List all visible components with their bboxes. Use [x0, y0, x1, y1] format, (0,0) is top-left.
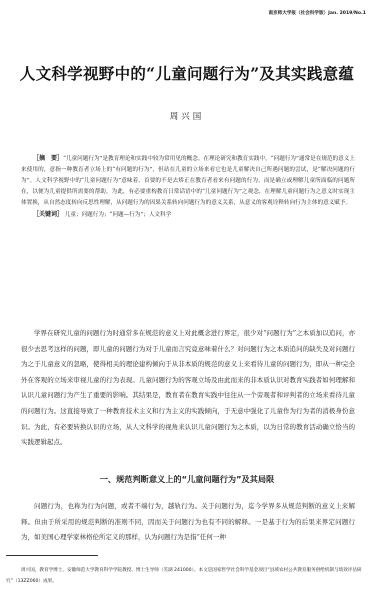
running-head: 南京师大学报（社会科学版）Jan. 2019/No.1 — [268, 10, 366, 16]
intro-section: 学界在研究儿童的问题行为时通常多在规范的意义上对此概念进行界定，很少对“问题行为… — [21, 326, 355, 451]
section-1-body: 问题行为，也称为行为问题，或者不端行为，越轨行为。关于问题行为，迄今学界多从规范… — [21, 499, 355, 546]
abstract-paragraph: ［摘 要］“儿童问题行为”是教育理论和实践中较为常用见的概念。在理论研究和教育实… — [21, 153, 355, 209]
footnote-divider — [6, 555, 98, 556]
article-title: 人文科学视野中的“儿童问题行为”及其实践意蕴 — [0, 62, 374, 84]
footnote: 周兴国，教育学博士，安徽师范大学教育科学学院教授、博士生导师（芜湖 241000… — [6, 566, 368, 587]
section-1-paragraph: 问题行为，也称为行为问题，或者不端行为，越轨行为。关于问题行为，迄今学界多从规范… — [21, 499, 355, 546]
author-name: 周兴国 — [0, 110, 374, 122]
abstract-block: ［摘 要］“儿童问题行为”是教育理论和实践中较为常用见的概念。在理论研究和教育实… — [21, 153, 355, 221]
abstract-label: ［摘 要］ — [33, 155, 63, 162]
keywords-text: 儿童；问题行为；“问题—行为”；人文科学 — [65, 212, 171, 218]
intro-paragraph: 学界在研究儿童的问题行为时通常多在规范的意义上对此概念进行界定，很少对“问题行为… — [21, 326, 355, 451]
section-heading: 一、规范判断意义上的“儿童问题行为”及其局限 — [0, 474, 374, 485]
footnote-text: 周兴国，教育学博士，安徽师范大学教育科学学院教授、博士生导师（芜湖 241000… — [6, 566, 368, 587]
abstract-text: “儿童问题行为”是教育理论和实践中较为常用见的概念。在理论研究和教育实践中，“问… — [21, 156, 355, 206]
keywords-label: ［关键词］ — [33, 211, 63, 218]
keywords-line: ［关键词］ 儿童；问题行为；“问题—行为”；人文科学 — [21, 209, 355, 221]
